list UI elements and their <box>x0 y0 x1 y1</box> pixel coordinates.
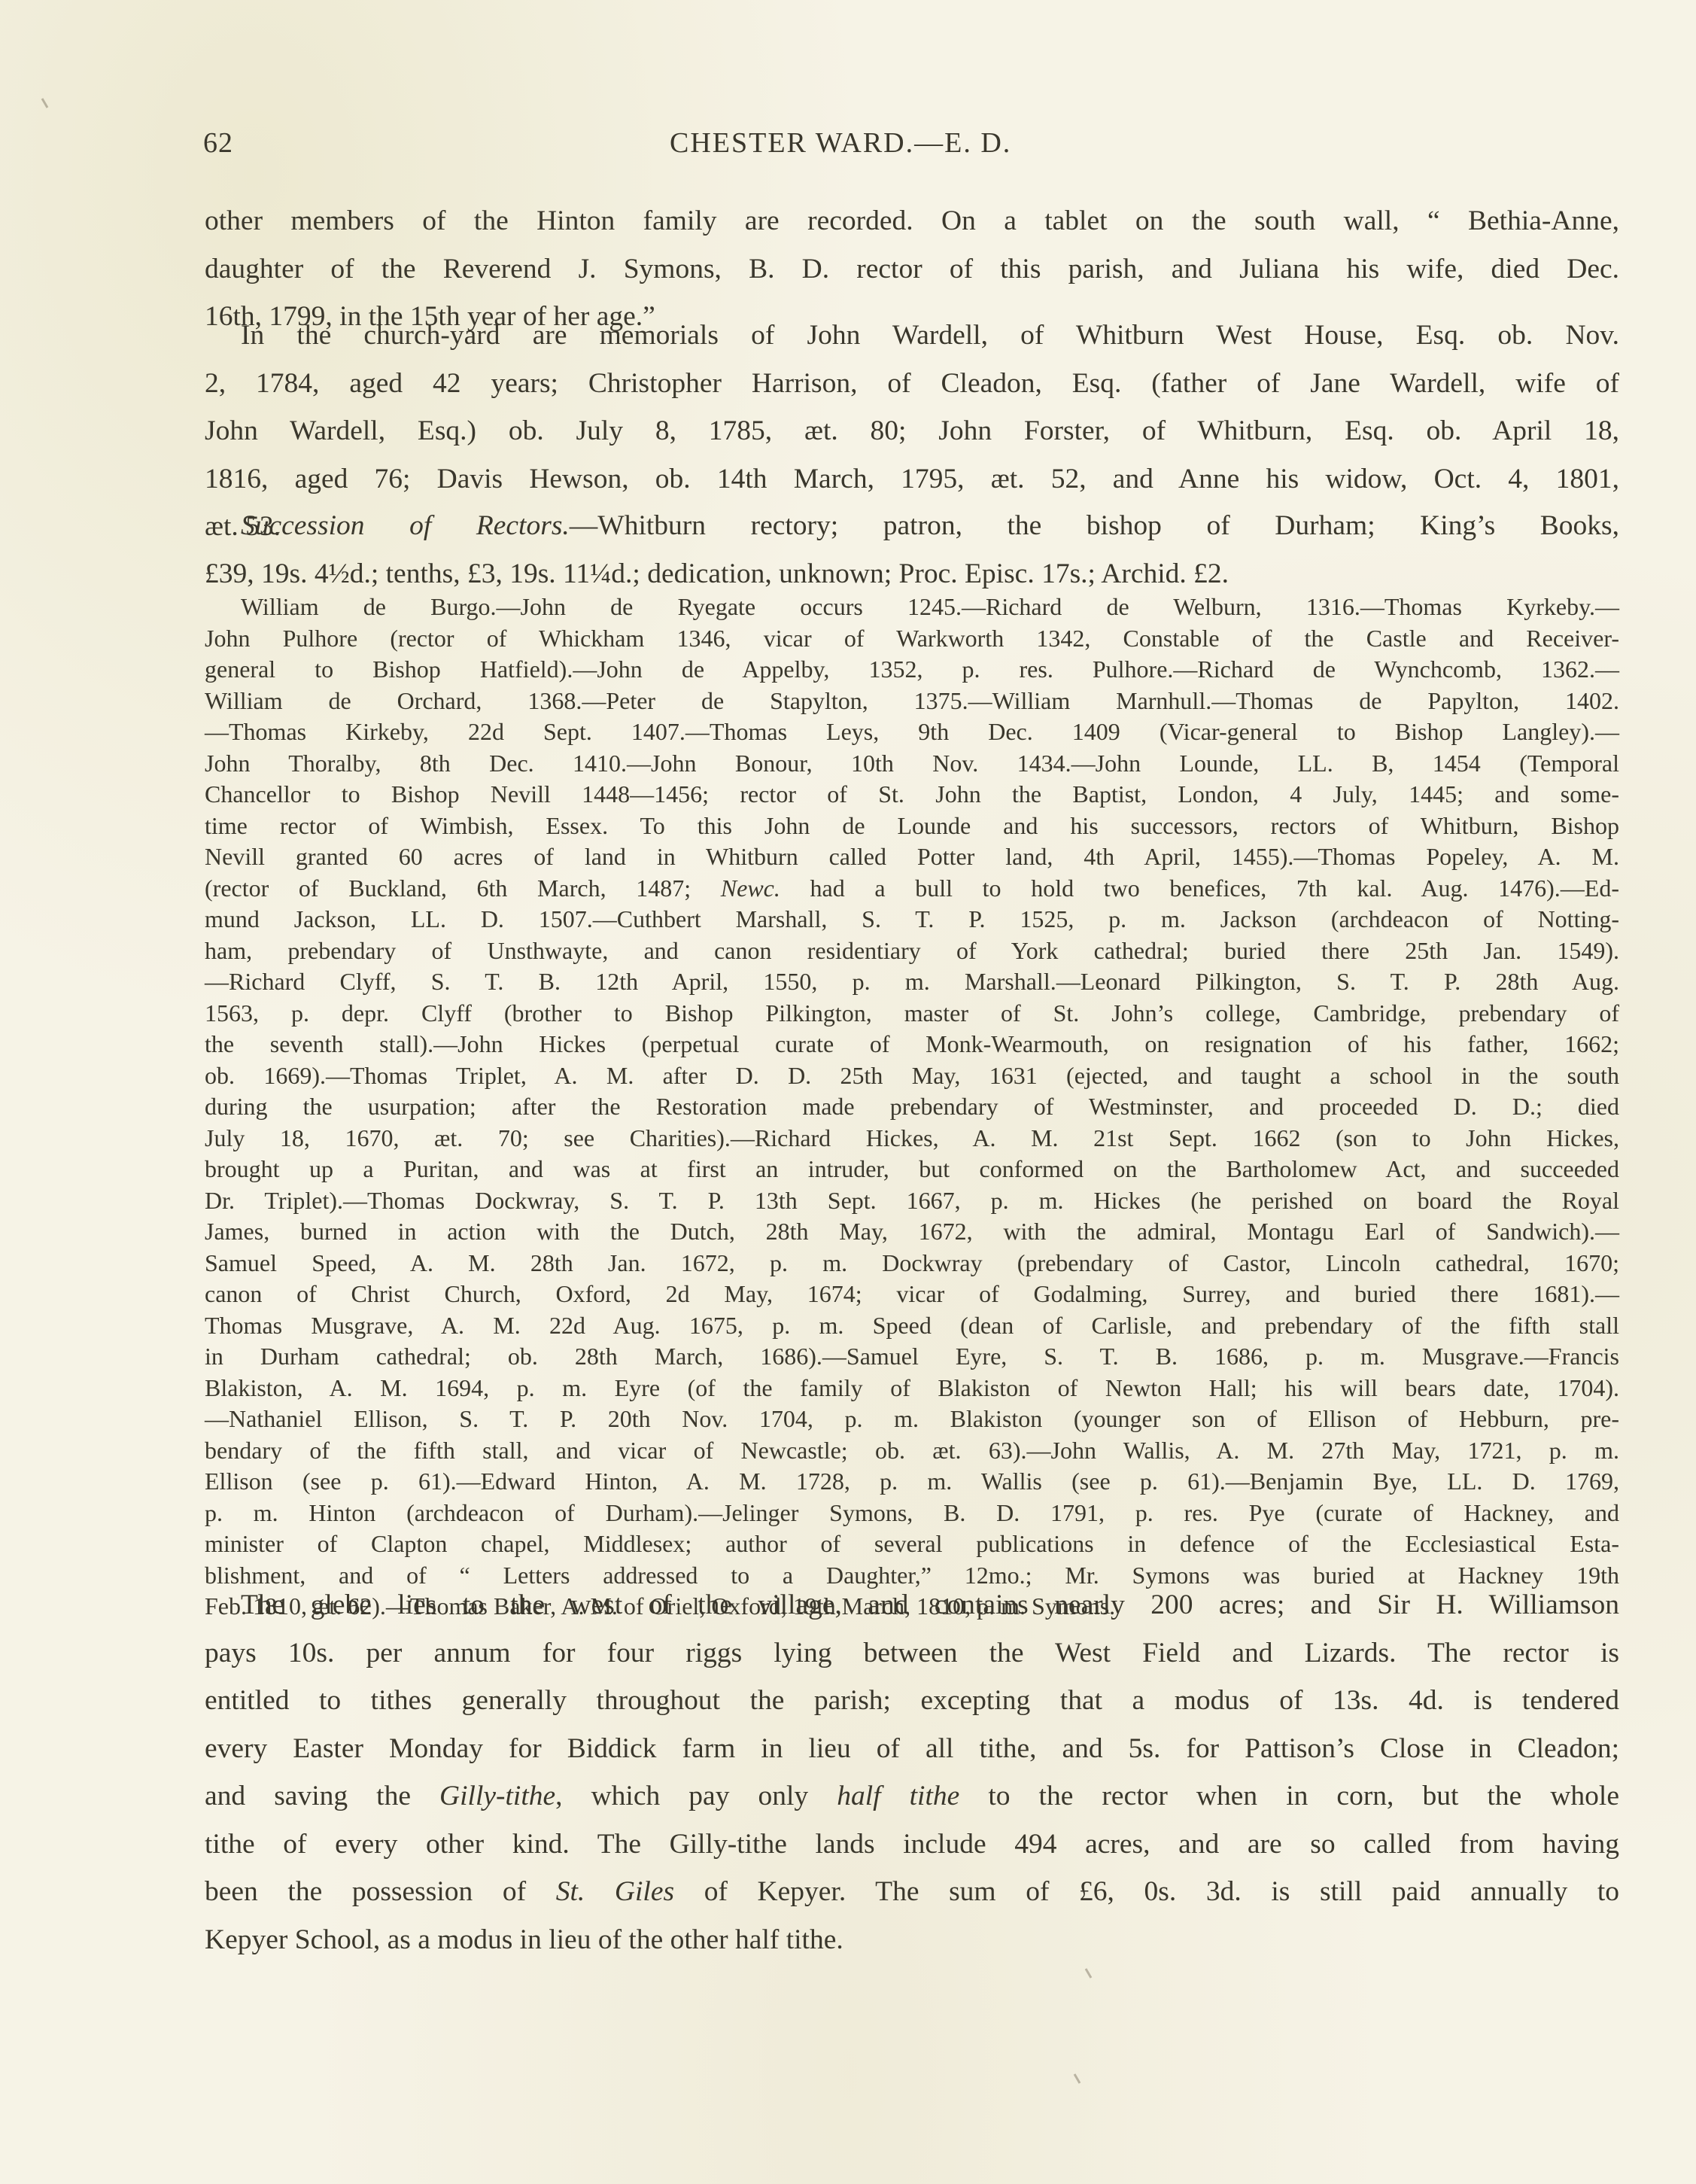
text-line: John Pulhore (rector of Whickham 1346, v… <box>205 623 1619 655</box>
text-line: —Richard Clyff, S. T. B. 12th April, 155… <box>205 966 1619 998</box>
text-line: p. m. Hinton (archdeacon of Durham).—Jel… <box>205 1498 1619 1529</box>
text-line: —Nathaniel Ellison, S. T. P. 20th Nov. 1… <box>205 1404 1619 1435</box>
paragraph-succession-of-rectors: Succession of Rectors.—Whitburn rectory;… <box>205 502 1619 598</box>
text-line: (rector of Buckland, 6th March, 1487; Ne… <box>205 873 1619 905</box>
text-line: in Durham cathedral; ob. 28th March, 168… <box>205 1341 1619 1373</box>
text-line: Dr. Triplet).—Thomas Dockwray, S. T. P. … <box>205 1185 1619 1217</box>
text-line: —Thomas Kirkeby, 22d Sept. 1407.—Thomas … <box>205 716 1619 748</box>
text-line: minister of Clapton chapel, Middlesex; a… <box>205 1528 1619 1560</box>
text-line: £39, 19s. 4½d.; tenths, £3, 19s. 11¼d.; … <box>205 550 1619 598</box>
text-line: the seventh stall).—John Hickes (perpetu… <box>205 1029 1619 1060</box>
text-line: brought up a Puritan, and was at first a… <box>205 1154 1619 1185</box>
italic-text: Gilly-tithe <box>439 1781 555 1811</box>
text-line: July 18, 1670, æt. 70; see Charities).—R… <box>205 1123 1619 1154</box>
italic-text: half tithe <box>837 1781 959 1811</box>
text-line: In the church-yard are memorials of John… <box>205 312 1619 360</box>
italic-text: St. Giles <box>556 1876 674 1907</box>
text-line: William de Orchard, 1368.—Peter de Stapy… <box>205 686 1619 717</box>
text-line: James, burned in action with the Dutch, … <box>205 1216 1619 1248</box>
text-line: been the possession of St. Giles of Kepy… <box>205 1868 1619 1916</box>
italic-text: Newc. <box>721 875 780 902</box>
scan-mark <box>41 98 49 108</box>
text-line: time rector of Wimbish, Essex. To this J… <box>205 811 1619 842</box>
text-line: 2, 1784, aged 42 years; Christopher Harr… <box>205 360 1619 408</box>
running-head: 62 CHESTER WARD.—E. D. <box>203 126 1633 172</box>
paragraph-glebe-and-tithes: The glebe lies to the west of the villag… <box>205 1581 1619 1963</box>
text-run: —Whitburn rectory; patron, the bishop of… <box>570 510 1619 541</box>
text-line: during the usurpation; after the Restora… <box>205 1091 1619 1123</box>
text-line: tithe of every other kind. The Gilly-tit… <box>205 1821 1619 1869</box>
text-line: canon of Christ Church, Oxford, 2d May, … <box>205 1279 1619 1310</box>
text-line: ob. 1669).—Thomas Triplet, A. M. after D… <box>205 1060 1619 1092</box>
text-line: bendary of the fifth stall, and vicar of… <box>205 1435 1619 1467</box>
text-line: Kepyer School, as a modus in lieu of the… <box>205 1916 1619 1964</box>
text-line: The glebe lies to the west of the villag… <box>205 1581 1619 1629</box>
section-heading-italic: Succession of Rectors. <box>241 510 570 541</box>
text-line: every Easter Monday for Biddick farm in … <box>205 1725 1619 1773</box>
page-number: 62 <box>203 126 233 160</box>
text-line: mund Jackson, LL. D. 1507.—Cuthbert Mars… <box>205 904 1619 935</box>
scan-mark <box>1074 2073 1081 2084</box>
rectors-list: William de Burgo.—John de Ryegate occurs… <box>205 592 1619 1623</box>
text-line: 1563, p. depr. Clyff (brother to Bishop … <box>205 998 1619 1030</box>
text-line: other members of the Hinton family are r… <box>205 197 1619 245</box>
text-line: Succession of Rectors.—Whitburn rectory;… <box>205 502 1619 550</box>
text-line: Thomas Musgrave, A. M. 22d Aug. 1675, p.… <box>205 1310 1619 1342</box>
text-line: entitled to tithes generally throughout … <box>205 1677 1619 1725</box>
text-line: daughter of the Reverend J. Symons, B. D… <box>205 245 1619 294</box>
text-line: Ellison (see p. 61).—Edward Hinton, A. M… <box>205 1466 1619 1498</box>
running-title: CHESTER WARD.—E. D. <box>670 126 1011 160</box>
text-line: ham, prebendary of Unsthwayte, and canon… <box>205 935 1619 967</box>
text-line: Samuel Speed, A. M. 28th Jan. 1672, p. m… <box>205 1248 1619 1279</box>
text-line: Blakiston, A. M. 1694, p. m. Eyre (of th… <box>205 1373 1619 1404</box>
text-line: Chancellor to Bishop Nevill 1448—1456; r… <box>205 779 1619 811</box>
text-line: William de Burgo.—John de Ryegate occurs… <box>205 592 1619 623</box>
text-line: general to Bishop Hatfield).—John de App… <box>205 654 1619 686</box>
text-line: pays 10s. per annum for four riggs lying… <box>205 1629 1619 1678</box>
text-line: John Wardell, Esq.) ob. July 8, 1785, æt… <box>205 407 1619 455</box>
text-line: and saving the Gilly-tithe, which pay on… <box>205 1772 1619 1821</box>
text-line: John Thoralby, 8th Dec. 1410.—John Bonou… <box>205 748 1619 780</box>
text-line: Nevill granted 60 acres of land in Whitb… <box>205 841 1619 873</box>
text-line: 1816, aged 76; Davis Hewson, ob. 14th Ma… <box>205 455 1619 503</box>
scan-mark <box>1085 1968 1093 1979</box>
book-page: 62 CHESTER WARD.—E. D. other members of … <box>0 0 1696 2184</box>
